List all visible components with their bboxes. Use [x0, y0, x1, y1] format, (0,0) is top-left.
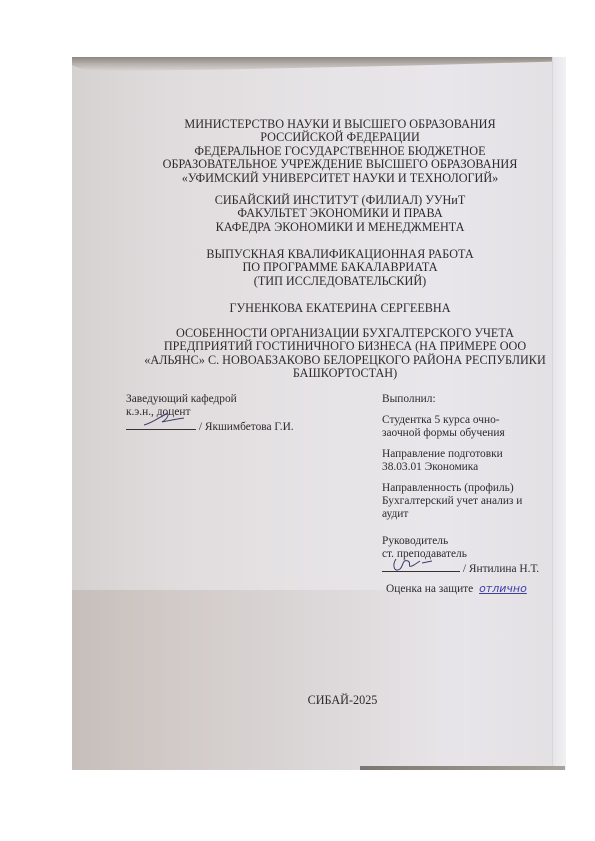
student-line: заочной формы обучения [382, 427, 562, 440]
thesis-title-line: БАШКОРТОСТАН) [130, 367, 560, 380]
supervisor-role: Руководитель [382, 535, 562, 548]
author-name-text: ГУНЕНКОВА ЕКАТЕРИНА СЕРГЕЕВНА [140, 302, 540, 315]
ministry-line: РОССИЙСКОЙ ФЕДЕРАЦИИ [140, 131, 540, 144]
direction-line: 38.03.01 Экономика [382, 461, 562, 474]
student-line: Студентка 5 курса очно- [382, 414, 562, 427]
work-type-line: ПО ПРОГРАММЕ БАКАЛАВРИАТА [140, 261, 540, 274]
supervisor-name: / Янтилина Н.Т. [463, 563, 539, 575]
profile-line: Направленность (профиль) [382, 482, 562, 495]
supervisor-signature-row: / Янтилина Н.Т. [382, 561, 562, 576]
head-name: / Якшимбетова Г.И. [199, 421, 294, 433]
grade-label: Оценка на защите [386, 583, 473, 595]
ministry-line: «УФИМСКИЙ УНИВЕРСИТЕТ НАУКИ И ТЕХНОЛОГИЙ… [140, 172, 540, 185]
institute-header: СИБАЙСКИЙ ИНСТИТУТ (ФИЛИАЛ) УУНиТ ФАКУЛЬ… [140, 194, 540, 234]
institute-line: СИБАЙСКИЙ ИНСТИТУТ (ФИЛИАЛ) УУНиТ [140, 194, 540, 207]
work-type-line: ВЫПУСКНАЯ КВАЛИФИКАЦИОННАЯ РАБОТА [140, 248, 540, 261]
head-role: Заведующий кафедрой [126, 393, 294, 406]
signature-icon [390, 551, 434, 577]
head-of-department: Заведующий кафедрой к.э.н., доцент / Якш… [126, 393, 294, 434]
thesis-title-line: «АЛЬЯНС» С. НОВОАБЗАКОВО БЕЛОРЕЦКОГО РАЙ… [130, 354, 560, 367]
profile-line: аудит [382, 508, 562, 521]
signature-line [382, 561, 460, 572]
author-name: ГУНЕНКОВА ЕКАТЕРИНА СЕРГЕЕВНА [140, 302, 540, 315]
signature-icon [142, 411, 186, 429]
profile-line: Бухгалтерский учет анализ и [382, 495, 562, 508]
ministry-line: МИНИСТЕРСТВО НАУКИ И ВЫСШЕГО ОБРАЗОВАНИЯ [140, 118, 540, 131]
ministry-line: ОБРАЗОВАТЕЛЬНОЕ УЧРЕЖДЕНИЕ ВЫСШЕГО ОБРАЗ… [140, 158, 540, 171]
performer-block: Выполнил: Студентка 5 курса очно- заочно… [382, 393, 562, 596]
city-year: СИБАЙ-2025 [0, 693, 595, 708]
thesis-title-line: ОСОБЕННОСТИ ОРГАНИЗАЦИИ БУХГАЛТЕРСКОГО У… [130, 327, 560, 340]
signature-line [126, 419, 196, 430]
performer-label: Выполнил: [382, 393, 562, 406]
ministry-line: ФЕДЕРАЛЬНОЕ ГОСУДАРСТВЕННОЕ БЮДЖЕТНОЕ [140, 145, 540, 158]
ministry-header: МИНИСТЕРСТВО НАУКИ И ВЫСШЕГО ОБРАЗОВАНИЯ… [140, 118, 540, 185]
work-type: ВЫПУСКНАЯ КВАЛИФИКАЦИОННАЯ РАБОТА ПО ПРО… [140, 248, 540, 288]
thesis-title-line: ПРЕДПРИЯТИЙ ГОСТИНИЧНОГО БИЗНЕСА (НА ПРИ… [130, 340, 560, 353]
title-page: МИНИСТЕРСТВО НАУКИ И ВЫСШЕГО ОБРАЗОВАНИЯ… [0, 0, 595, 841]
faculty-line: ФАКУЛЬТЕТ ЭКОНОМИКИ И ПРАВА [140, 207, 540, 220]
department-line: КАФЕДРА ЭКОНОМИКИ И МЕНЕДЖМЕНТА [140, 221, 540, 234]
work-type-line: (ТИП ИССЛЕДОВАТЕЛЬСКИЙ) [140, 275, 540, 288]
grade-row: Оценка на защите отлично [386, 582, 562, 596]
head-signature-row: / Якшимбетова Г.И. [126, 419, 294, 434]
direction-line: Направление подготовки [382, 448, 562, 461]
grade-value: отлично [479, 582, 527, 595]
thesis-title: ОСОБЕННОСТИ ОРГАНИЗАЦИИ БУХГАЛТЕРСКОГО У… [130, 327, 560, 381]
